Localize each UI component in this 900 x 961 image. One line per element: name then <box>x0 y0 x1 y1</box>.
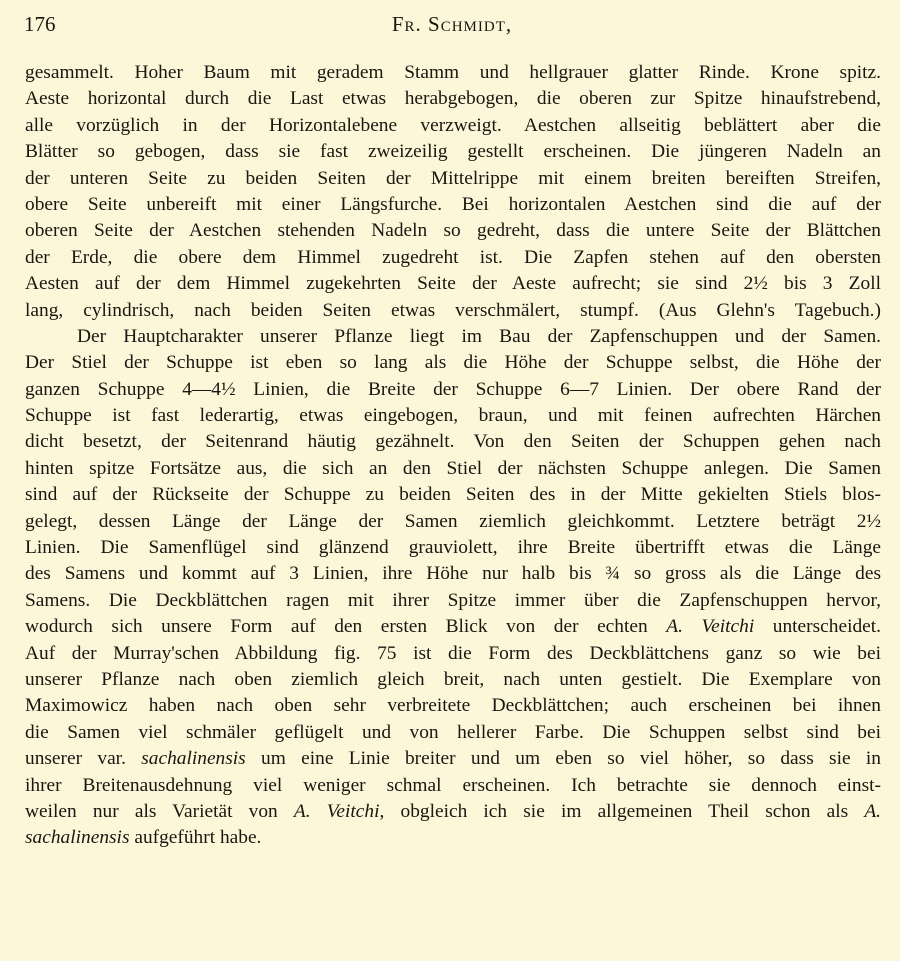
body-text: gesammelt. Hoher Baum mit geradem Stamm … <box>25 60 881 852</box>
text-line: dicht besetzt, der Seitenrand häutig gez… <box>25 429 881 455</box>
text-span: weilen nur als Varietät von <box>25 801 294 822</box>
text-line: Aeste horizontal durch die Last etwas he… <box>25 86 881 112</box>
text-line: gelegt, dessen Länge der Länge der Samen… <box>25 509 881 535</box>
text-line: hinten spitze Fortsätze aus, die sich an… <box>25 456 881 482</box>
text-span: , obgleich ich sie im allgemeinen Theil … <box>380 801 865 822</box>
text-line: unserer Pflanze nach oben ziemlich gleic… <box>25 667 881 693</box>
text-line: ganzen Schuppe 4—4½ Linien, die Breite d… <box>25 377 881 403</box>
text-span: um eine Linie breiter und um eben so vie… <box>246 748 881 769</box>
text-line: Blätter so gebogen, dass sie fast zweize… <box>25 139 881 165</box>
species-name: A. Veitchi <box>666 616 754 637</box>
text-line: Maximowicz haben nach oben sehr verbreit… <box>25 693 881 719</box>
text-line: oberen Seite der Aestchen stehenden Nade… <box>25 218 881 244</box>
species-name: A. Veitchi <box>294 801 380 822</box>
text-line: ihrer Breitenausdehnung viel weniger sch… <box>25 773 881 799</box>
text-line: Schuppe ist fast lederartig, etwas einge… <box>25 403 881 429</box>
text-line: lang, cylindrisch, nach beiden Seiten et… <box>25 298 881 324</box>
text-line: Auf der Murray'schen Abbildung fig. 75 i… <box>25 641 881 667</box>
text-line: sind auf der Rückseite der Schuppe zu be… <box>25 482 881 508</box>
text-line: Linien. Die Samenflügel sind glänzend gr… <box>25 535 881 561</box>
text-span: aufgeführt habe. <box>130 827 262 848</box>
running-head: Fr. Schmidt, <box>24 12 880 37</box>
text-line: der unteren Seite zu beiden Seiten der M… <box>25 166 881 192</box>
text-line: unserer var. sachalinensis um eine Linie… <box>25 746 881 772</box>
text-line: des Samens und kommt auf 3 Linien, ihre … <box>25 561 881 587</box>
text-line: der Erde, die obere dem Himmel zugedreht… <box>25 245 881 271</box>
species-name: A. <box>864 801 881 822</box>
text-span: unterscheidet. <box>754 616 881 637</box>
species-name: sachalinensis <box>141 748 246 769</box>
text-line: gesammelt. Hoher Baum mit geradem Stamm … <box>25 60 881 86</box>
text-line: Der Stiel der Schuppe ist eben so lang a… <box>25 350 881 376</box>
text-line: alle vorzüglich in der Horizontalebene v… <box>25 113 881 139</box>
text-line: Aesten auf der dem Himmel zugekehrten Se… <box>25 271 881 297</box>
text-line: sachalinensis aufgeführt habe. <box>25 825 881 851</box>
page-header: 176 Fr. Schmidt, <box>24 12 880 42</box>
text-line: obere Seite unbereift mit einer Längsfur… <box>25 192 881 218</box>
text-line: wodurch sich unsere Form auf den ersten … <box>25 614 881 640</box>
text-line: Samens. Die Deckblättchen ragen mit ihre… <box>25 588 881 614</box>
paragraph-start-line: Der Hauptcharakter unserer Pflanze liegt… <box>25 324 881 350</box>
text-span: wodurch sich unsere Form auf den ersten … <box>25 616 666 637</box>
text-line: weilen nur als Varietät von A. Veitchi, … <box>25 799 881 825</box>
text-line: die Samen viel schmäler geflügelt und vo… <box>25 720 881 746</box>
species-name: sachalinensis <box>25 827 130 848</box>
text-span: unserer var. <box>25 748 141 769</box>
